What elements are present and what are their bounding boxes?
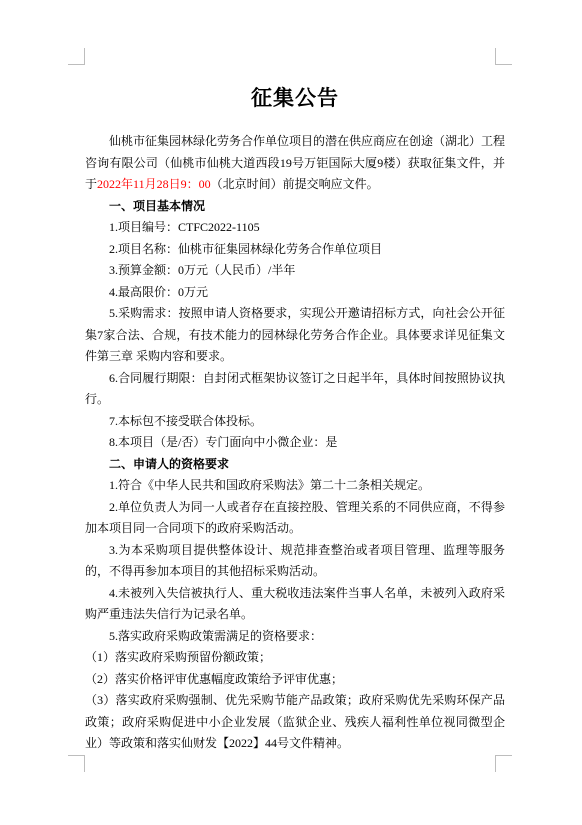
section-2-subitem-reserved-quota: （1）落实政府采购预留份额政策； <box>85 647 505 669</box>
margin-mark-bottom-right <box>495 755 512 772</box>
intro-text-after-deadline: （北京时间）前提交响应文件。 <box>211 177 379 191</box>
section-1-item-budget: 3.预算金额：0万元（人民币）/半年 <box>85 260 505 282</box>
section-2-item-policy-requirements: 5.落实政府采购政策需满足的资格要求： <box>85 626 505 648</box>
margin-mark-bottom-left <box>68 755 85 772</box>
section-1-heading: 一、项目基本情况 <box>85 196 505 218</box>
section-1-item-sme: 8.本项目（是/否）专门面向中小微企业：是 <box>85 432 505 454</box>
document-page: 征集公告 仙桃市征集园林绿化劳务合作单位项目的潜在供应商应在创途（湖北）工程咨询… <box>0 0 582 825</box>
section-2-item-law: 1.符合《中华人民共和国政府采购法》第二十二条相关规定。 <box>85 475 505 497</box>
section-1-item-project-number: 1.项目编号：CTFC2022-1105 <box>85 217 505 239</box>
document-title: 征集公告 <box>85 83 505 113</box>
section-1-item-project-name: 2.项目名称：仙桃市征集园林绿化劳务合作单位项目 <box>85 239 505 261</box>
margin-mark-top-left <box>68 48 85 65</box>
section-1-item-price-cap: 4.最高限价：0万元 <box>85 282 505 304</box>
margin-mark-top-right <box>495 48 512 65</box>
section-2-item-design-services: 3.为本采购项目提供整体设计、规范排查整治或者项目管理、监理等服务的，不得再参加… <box>85 540 505 583</box>
intro-paragraph: 仙桃市征集园林绿化劳务合作单位项目的潜在供应商应在创途（湖北）工程咨询有限公司（… <box>85 131 505 196</box>
section-2-item-same-person: 2.单位负责人为同一人或者存在直接控股、管理关系的不同供应商，不得参加本项目同一… <box>85 497 505 540</box>
section-1-item-consortium: 7.本标包不接受联合体投标。 <box>85 411 505 433</box>
deadline-text: 2022年11月28日9：00 <box>97 177 211 191</box>
section-2-heading: 二、申请人的资格要求 <box>85 454 505 476</box>
section-1-item-procurement-demand: 5.采购需求：按照申请人资格要求，实现公开邀请招标方式，向社会公开征集7家合法、… <box>85 303 505 368</box>
section-1-item-contract-term: 6.合同履行期限：自封闭式框架协议签订之日起半年，具体时间按照协议执行。 <box>85 368 505 411</box>
document-content: 征集公告 仙桃市征集园林绿化劳务合作单位项目的潜在供应商应在创途（湖北）工程咨询… <box>85 83 505 755</box>
section-2-item-blacklist: 4.未被列入失信被执行人、重大税收违法案件当事人名单，未被列入政府采购严重违法失… <box>85 583 505 626</box>
section-2-subitem-price-review: （2）落实价格评审优惠幅度政策给予评审优惠； <box>85 669 505 691</box>
section-2-subitem-green-sme-policy: （3）落实政府采购强制、优先采购节能产品政策；政府采购优先采购环保产品政策；政府… <box>85 690 505 755</box>
